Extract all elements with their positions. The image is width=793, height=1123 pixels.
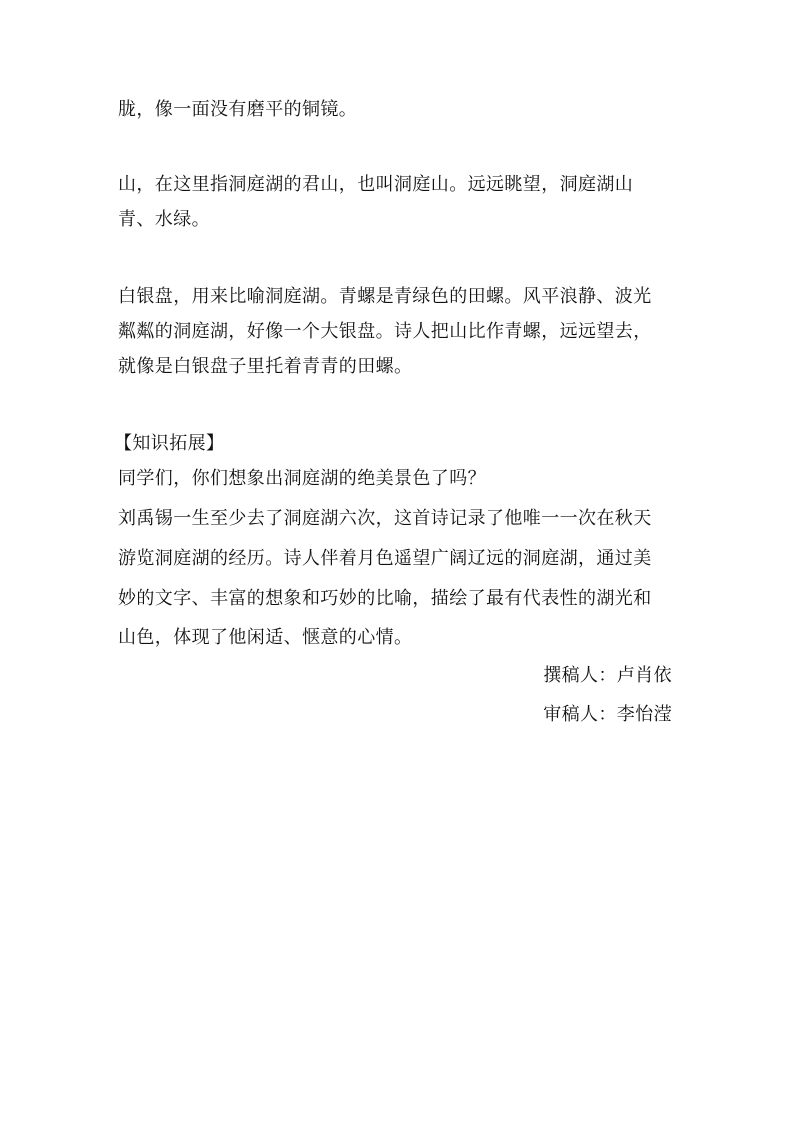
section-question: 同学们，你们想象出洞庭湖的绝美景色了吗？ [118,468,486,490]
section-line: 游览洞庭湖的经历。诗人伴着月色遥望广阔辽远的洞庭湖，通过美 [118,548,652,570]
paragraph-line: 粼粼的洞庭湖，好像一个大银盘。诗人把山比作青螺，远远望去， [118,321,652,343]
section-line: 山色，体现了他闲适、惬意的心情。 [118,627,412,649]
paragraph-line: 青、水绿。 [118,209,210,231]
paragraph-line: 就像是白银盘子里托着青青的田螺。 [118,356,412,378]
paragraph-line: 胧，像一面没有磨平的铜镜。 [118,99,357,121]
reviewer-credit: 审稿人：李怡滢 [543,704,672,726]
section-heading: 【知识拓展】 [114,433,224,455]
section-line: 刘禹锡一生至少去了洞庭湖六次，这首诗记录了他唯一一次在秋天 [118,508,652,530]
paragraph-line: 白银盘，用来比喻洞庭湖。青螺是青绿色的田螺。风平浪静、波光 [118,286,652,308]
author-credit: 撰稿人：卢肖依 [543,665,672,687]
section-line: 妙的文字、丰富的想象和巧妙的比喻，描绘了最有代表性的湖光和 [118,588,652,610]
paragraph-line: 山，在这里指洞庭湖的君山，也叫洞庭山。远远眺望，洞庭湖山 [118,174,633,196]
